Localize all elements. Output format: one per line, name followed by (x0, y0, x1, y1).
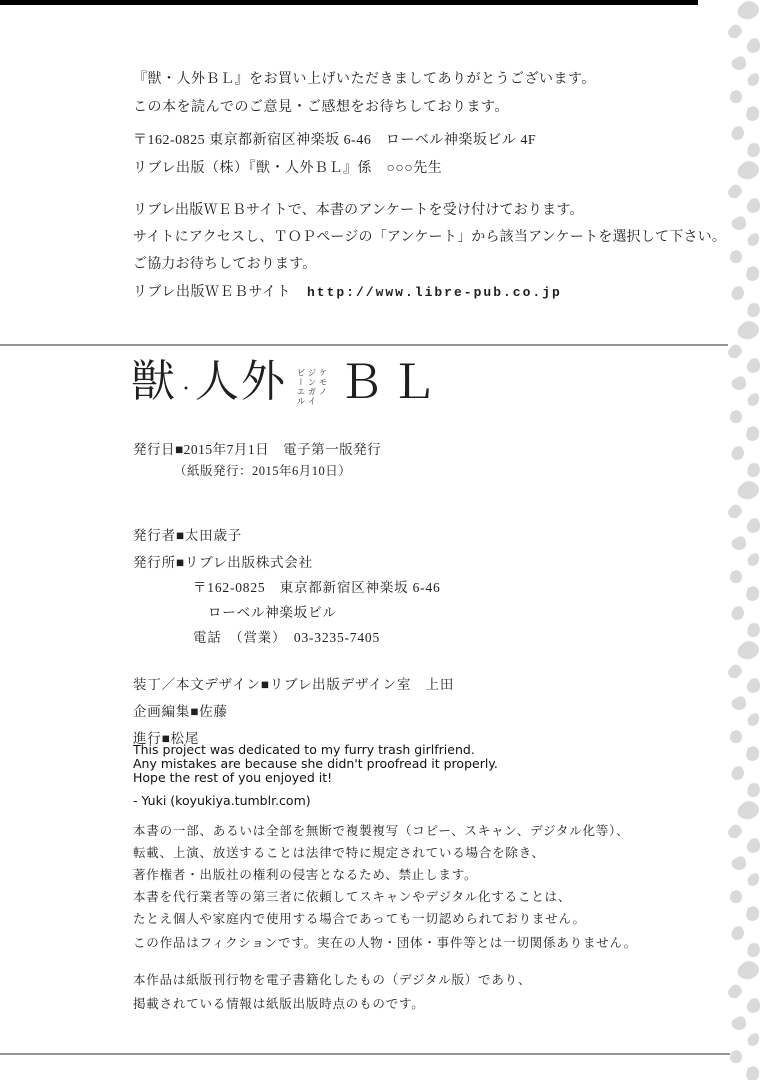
paper-publication-date: （紙版発行：2015年6月10日） (174, 461, 351, 479)
publisher-phone: 電話 （営業） 03-3235-7405 (193, 626, 380, 646)
thank-you-line-1: 『獣・人外ＢＬ』をお買い上げいただきましてありがとうございます。 (133, 66, 596, 94)
copyright-line-2: 転載、上演、放送することは法律で特に規定されている場合を除き、 (133, 842, 629, 864)
publisher-address-line-1: 〒162-0825 東京都新宿区神楽坂 6-46 (193, 576, 441, 596)
title-kanji-kemono: 獣 (131, 354, 177, 410)
title-middle-dot: ・ (178, 354, 194, 418)
credit-design: 装丁／本文デザイン■リブレ出版デザイン室 上田 (133, 671, 454, 698)
publication-date: 発行日■2015年7月1日 電子第一版発行 (133, 438, 381, 458)
translator-note-line-1: This project was dedicated to my furry t… (133, 743, 498, 757)
top-black-bar (0, 0, 698, 5)
digital-note-line-2: 掲載されている情報は紙版出版時点のものです。 (133, 992, 531, 1016)
survey-line-3: ご協力お待ちしております。 (133, 251, 726, 278)
title-furigana: ケモノ ジンガイ ビーエル (295, 368, 328, 420)
horizontal-rule-bottom (0, 1053, 730, 1055)
title-latin-bl: ＢＬ (338, 354, 442, 412)
copyright-line-3: 著作権者・出版社の権利の侵害となるため、禁止します。 (133, 864, 629, 886)
web-survey-info: リブレ出版ＷＥＢサイトで、本書のアンケートを受け付けております。 サイトにアクセ… (133, 197, 726, 278)
horizontal-rule-middle (0, 344, 728, 346)
publisher-person: 発行者■太田歳子 (133, 524, 242, 544)
publisher-address-line-2: ローベル神楽坂ビル (208, 601, 337, 621)
fiction-disclaimer: この作品はフィクションです。実在の人物・団体・事件等とは一切関係ありません。 (133, 933, 637, 951)
website-url: http://www.libre-pub.co.jp (307, 285, 562, 300)
colophon-page: 『獣・人外ＢＬ』をお買い上げいただきましてありがとうございます。 この本を読んで… (0, 0, 762, 1080)
furigana-bl: ビーエル (296, 368, 306, 406)
thank-you-line-2: この本を読んでのご意見・ご感想をお待ちしております。 (133, 94, 596, 122)
address-line-2: リブレ出版（株）『獣・人外ＢＬ』係 ○○○先生 (133, 155, 536, 183)
copyright-line-4: 本書を代行業者等の第三者に依頼してスキャンやデジタル化することは、 (133, 886, 629, 908)
copyright-notice: 本書の一部、あるいは全部を無断で複製複写（コピー、スキャン、デジタル化等）、 転… (133, 820, 629, 930)
publisher-company: 発行所■リブレ出版株式会社 (133, 551, 313, 571)
book-title: 獣 ・ 人外 ケモノ ジンガイ ビーエル ＢＬ (131, 354, 442, 420)
copyright-line-5: たとえ個人や家庭内で使用する場合であっても一切認められておりません。 (133, 908, 629, 930)
leopard-print-edge-pattern (726, 0, 762, 1080)
website-label: リブレ出版ＷＥＢサイト (133, 285, 291, 300)
furigana-jingai: ジンガイ (307, 368, 317, 406)
translator-note-line-3: Hope the rest of you enjoyed it! (133, 771, 498, 785)
reader-thank-you-note: 『獣・人外ＢＬ』をお買い上げいただきましてありがとうございます。 この本を読んで… (133, 66, 596, 122)
title-kanji-jingai: 人外 (195, 354, 287, 410)
digital-note-line-1: 本作品は紙版刊行物を電子書籍化したもの（デジタル版）であり、 (133, 968, 531, 992)
address-line-1: 〒162-0825 東京都新宿区神楽坂 6-46 ローベル神楽坂ビル 4F (133, 127, 536, 155)
copyright-line-1: 本書の一部、あるいは全部を無断で複製複写（コピー、スキャン、デジタル化等）、 (133, 820, 629, 842)
fan-letter-address: 〒162-0825 東京都新宿区神楽坂 6-46 ローベル神楽坂ビル 4F リブ… (133, 127, 536, 183)
translator-signature: - Yuki (koyukiya.tumblr.com) (133, 794, 498, 808)
translator-note: This project was dedicated to my furry t… (133, 743, 498, 808)
publisher-website-line: リブレ出版ＷＥＢサイト http://www.libre-pub.co.jp (133, 281, 562, 301)
credit-editing: 企画編集■佐藤 (133, 698, 454, 725)
spacer (295, 285, 303, 300)
staff-credits: 装丁／本文デザイン■リブレ出版デザイン室 上田 企画編集■佐藤 進行■松尾 (133, 671, 454, 752)
translator-note-line-2: Any mistakes are because she didn't proo… (133, 757, 498, 771)
digital-edition-note: 本作品は紙版刊行物を電子書籍化したもの（デジタル版）であり、 掲載されている情報… (133, 968, 531, 1016)
survey-line-1: リブレ出版ＷＥＢサイトで、本書のアンケートを受け付けております。 (133, 197, 726, 224)
survey-line-2: サイトにアクセスし、ＴＯＰページの「アンケート」から該当アンケートを選択して下さ… (133, 224, 726, 251)
furigana-kemono: ケモノ (318, 368, 328, 397)
